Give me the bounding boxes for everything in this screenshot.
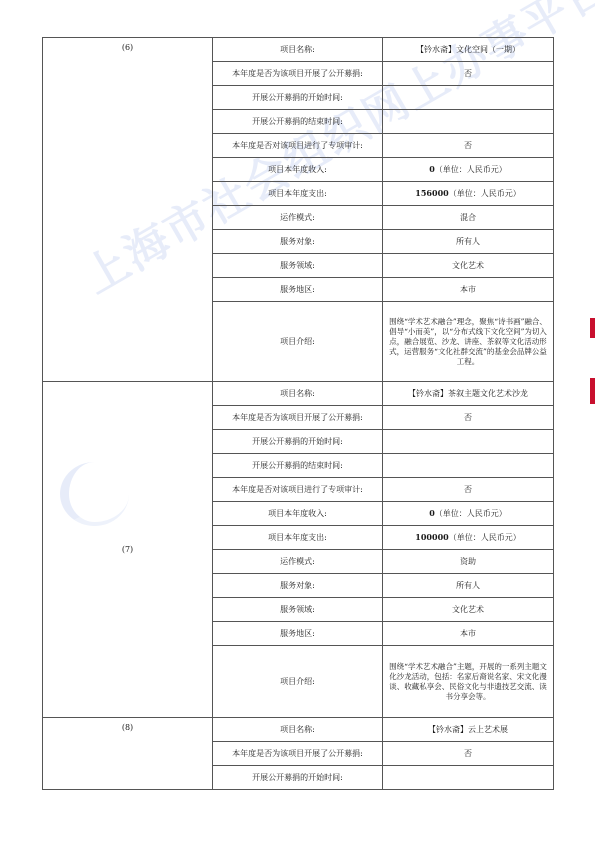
value-fundraising-end bbox=[383, 110, 554, 134]
side-stamp-mark bbox=[590, 318, 595, 338]
label-public-fundraising: 本年度是否为该项目开展了公开募捐: bbox=[213, 742, 383, 766]
value-fundraising-start bbox=[383, 86, 554, 110]
value-special-audit: 否 bbox=[383, 478, 554, 502]
label-special-audit: 本年度是否对该项目进行了专项审计: bbox=[213, 134, 383, 158]
unit-suffix: （单位：人民币元） bbox=[449, 533, 521, 542]
label-operation-mode: 运作模式: bbox=[213, 550, 383, 574]
label-special-audit: 本年度是否对该项目进行了专项审计: bbox=[213, 478, 383, 502]
expense-amount: 100000 bbox=[415, 532, 448, 542]
unit-suffix: （单位：人民币元） bbox=[449, 189, 521, 198]
value-project-name: 【钤水斋】茶叙主题文化艺术沙龙 bbox=[383, 382, 554, 406]
unit-suffix: （单位：人民币元） bbox=[435, 165, 507, 174]
expense-amount: 156000 bbox=[415, 188, 448, 198]
value-fundraising-start bbox=[383, 430, 554, 454]
label-project-name: 项目名称: bbox=[213, 382, 383, 406]
label-service-target: 服务对象: bbox=[213, 574, 383, 598]
value-service-region: 本市 bbox=[383, 278, 554, 302]
project-table: (6) 项目名称: 【钤水斋】文化空间（一期） 本年度是否为该项目开展了公开募捐… bbox=[42, 37, 554, 790]
table-row: (7) 项目名称: 【钤水斋】茶叙主题文化艺术沙龙 bbox=[43, 382, 554, 406]
label-service-region: 服务地区: bbox=[213, 622, 383, 646]
value-public-fundraising: 否 bbox=[383, 406, 554, 430]
value-public-fundraising: 否 bbox=[383, 742, 554, 766]
label-service-region: 服务地区: bbox=[213, 278, 383, 302]
value-annual-expense: 156000（单位：人民币元） bbox=[383, 182, 554, 206]
value-annual-income: 0（单位：人民币元） bbox=[383, 502, 554, 526]
label-fundraising-end: 开展公开募捐的结束时间: bbox=[213, 454, 383, 478]
label-annual-income: 项目本年度收入: bbox=[213, 502, 383, 526]
label-public-fundraising: 本年度是否为该项目开展了公开募捐: bbox=[213, 406, 383, 430]
project-index: (7) bbox=[43, 382, 213, 718]
label-public-fundraising: 本年度是否为该项目开展了公开募捐: bbox=[213, 62, 383, 86]
label-operation-mode: 运作模式: bbox=[213, 206, 383, 230]
table-row: (6) 项目名称: 【钤水斋】文化空间（一期） bbox=[43, 38, 554, 62]
value-fundraising-end bbox=[383, 454, 554, 478]
label-annual-expense: 项目本年度支出: bbox=[213, 182, 383, 206]
label-introduction: 项目介绍: bbox=[213, 646, 383, 718]
value-operation-mode: 资助 bbox=[383, 550, 554, 574]
label-service-field: 服务领域: bbox=[213, 254, 383, 278]
label-fundraising-start: 开展公开募捐的开始时间: bbox=[213, 766, 383, 790]
unit-suffix: （单位：人民币元） bbox=[435, 509, 507, 518]
table-row: (8) 项目名称: 【钤水斋】云上艺术展 bbox=[43, 718, 554, 742]
label-introduction: 项目介绍: bbox=[213, 302, 383, 382]
value-special-audit: 否 bbox=[383, 134, 554, 158]
label-fundraising-start: 开展公开募捐的开始时间: bbox=[213, 86, 383, 110]
label-project-name: 项目名称: bbox=[213, 38, 383, 62]
value-project-name: 【钤水斋】云上艺术展 bbox=[383, 718, 554, 742]
value-introduction: 围绕“学术艺术融合”主题，开展的一系列主题文化沙龙活动，包括：名家后裔说名家、宋… bbox=[383, 646, 554, 718]
label-project-name: 项目名称: bbox=[213, 718, 383, 742]
value-service-region: 本市 bbox=[383, 622, 554, 646]
value-operation-mode: 混合 bbox=[383, 206, 554, 230]
value-service-target: 所有人 bbox=[383, 574, 554, 598]
value-annual-income: 0（单位：人民币元） bbox=[383, 158, 554, 182]
label-service-field: 服务领域: bbox=[213, 598, 383, 622]
value-service-field: 文化艺术 bbox=[383, 598, 554, 622]
label-annual-income: 项目本年度收入: bbox=[213, 158, 383, 182]
value-service-field: 文化艺术 bbox=[383, 254, 554, 278]
value-introduction: 围绕“学术艺术融合”理念，聚焦“诗书画”融合、倡导“小而美”，以“分布式线下文化… bbox=[383, 302, 554, 382]
side-stamp-mark bbox=[590, 378, 595, 404]
value-annual-expense: 100000（单位：人民币元） bbox=[383, 526, 554, 550]
project-index: (8) bbox=[43, 718, 213, 790]
value-project-name: 【钤水斋】文化空间（一期） bbox=[383, 38, 554, 62]
label-fundraising-start: 开展公开募捐的开始时间: bbox=[213, 430, 383, 454]
label-fundraising-end: 开展公开募捐的结束时间: bbox=[213, 110, 383, 134]
value-fundraising-start bbox=[383, 766, 554, 790]
label-service-target: 服务对象: bbox=[213, 230, 383, 254]
label-annual-expense: 项目本年度支出: bbox=[213, 526, 383, 550]
project-index: (6) bbox=[43, 38, 213, 382]
value-public-fundraising: 否 bbox=[383, 62, 554, 86]
value-service-target: 所有人 bbox=[383, 230, 554, 254]
